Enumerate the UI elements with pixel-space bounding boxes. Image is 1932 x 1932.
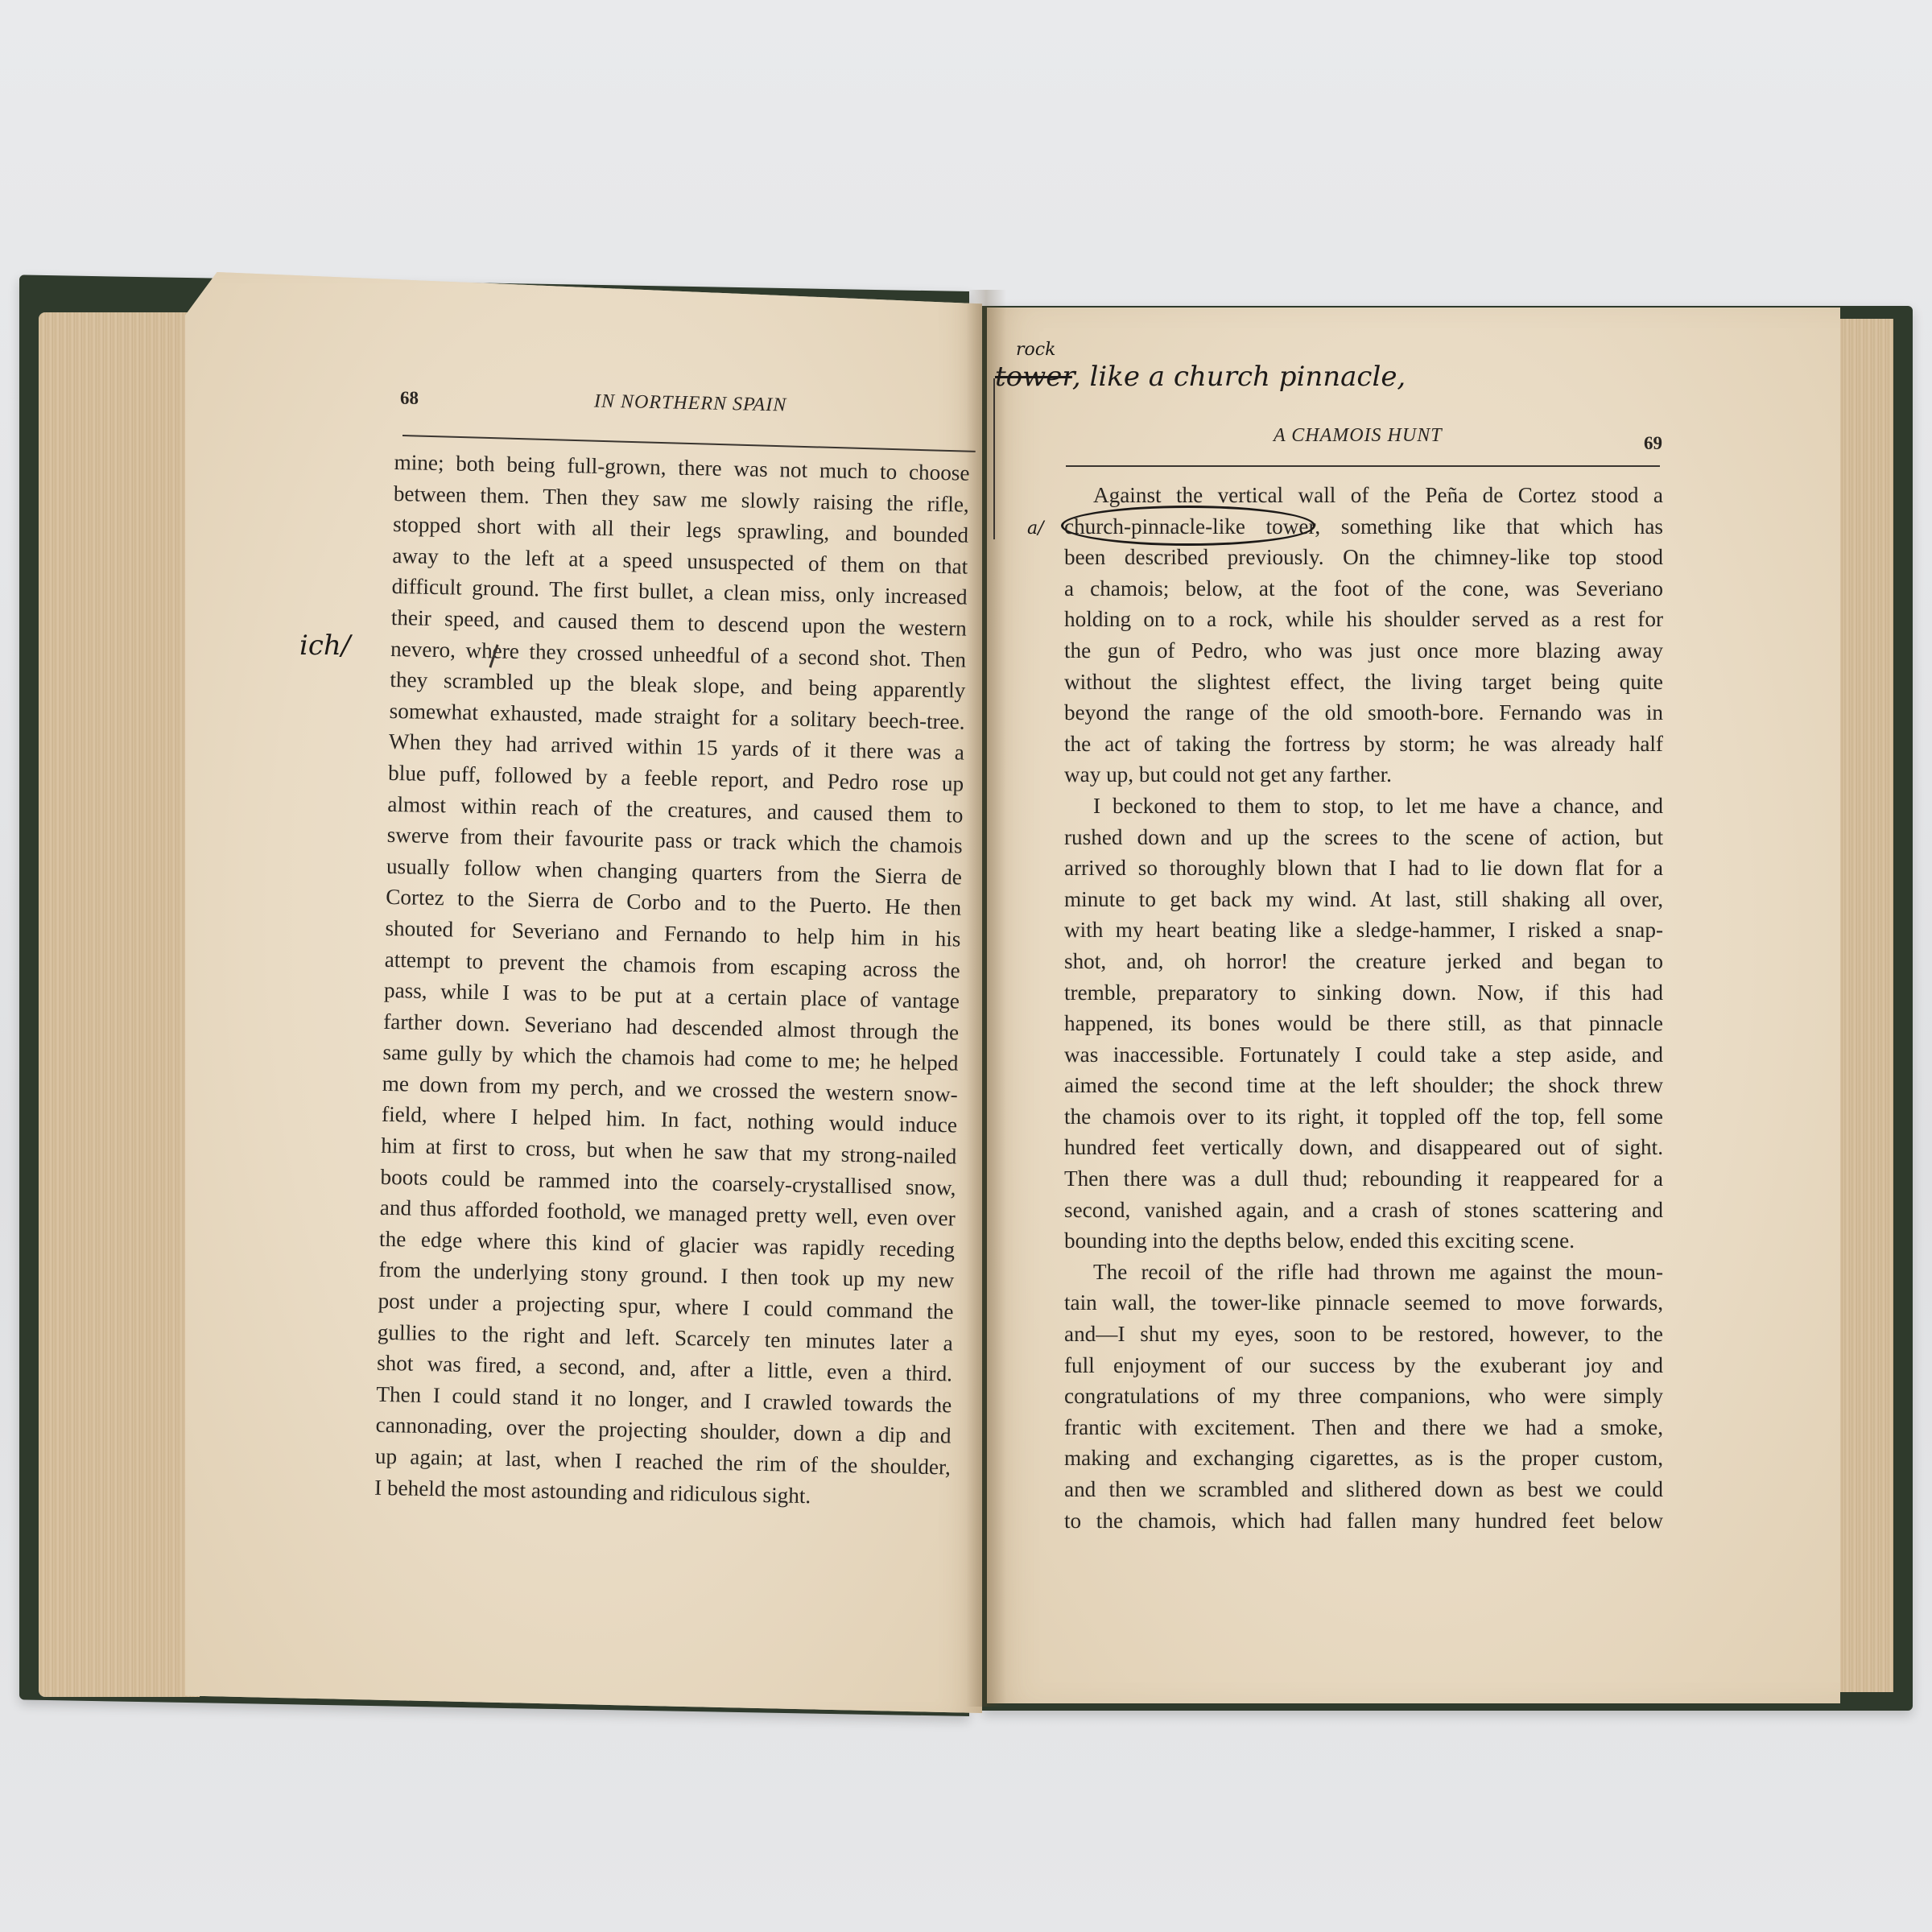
right-body-text: Against the vertical wall of the Peña de…	[1064, 480, 1663, 1536]
text-line: beyond the range of the old smooth-bore.…	[1064, 697, 1663, 729]
text-line: and then we scrambled and slithered down…	[1064, 1474, 1663, 1505]
top-handwritten-annotation: tower, like a church pinnacle,	[995, 361, 1406, 393]
left-running-head: IN NORTHERN SPAIN	[594, 390, 787, 416]
text-line: been described previously. On the chimne…	[1064, 542, 1663, 573]
text-line: making and exchanging cigarettes, as is …	[1064, 1443, 1663, 1474]
left-page-number: 68	[400, 388, 419, 409]
text-line: The recoil of the rifle had thrown me ag…	[1064, 1257, 1663, 1288]
page-edges-right	[1835, 319, 1893, 1692]
annotation-text: like a church pinnacle,	[1090, 361, 1406, 393]
right-page-number: 69	[1644, 433, 1662, 454]
left-body-text: mine; both being full-grown, there was n…	[374, 447, 970, 1514]
text-line: to the chamois, which had fallen many hu…	[1064, 1505, 1663, 1537]
text-line: bounding into the depths below, ended th…	[1064, 1225, 1663, 1257]
text-line: hundred feet vertically down, and disapp…	[1064, 1132, 1663, 1163]
margin-annotation-left: ich/	[299, 630, 350, 662]
text-line: way up, but could not get any farther.	[1064, 759, 1663, 791]
text-line: was inaccessible. Fortunately I could ta…	[1064, 1039, 1663, 1071]
text-line: and—I shut my eyes, soon to be restored,…	[1064, 1319, 1663, 1350]
circled-phrase-annotation	[1061, 506, 1315, 546]
text-line: rushed down and up the screes to the sce…	[1064, 822, 1663, 853]
text-line: aimed the second time at the left should…	[1064, 1070, 1663, 1101]
text-line: without the slightest effect, the living…	[1064, 667, 1663, 698]
gutter-shadow	[966, 290, 1006, 1707]
struck-word: tower	[995, 361, 1072, 393]
margin-vertical-line	[993, 378, 995, 539]
text-line: frantic with excitement. Then and there …	[1064, 1412, 1663, 1443]
text-line: tain wall, the tower-like pinnacle seeme…	[1064, 1287, 1663, 1319]
text-line: arrived so thoroughly blown that I had t…	[1064, 852, 1663, 884]
text-line: second, vanished again, and a crash of s…	[1064, 1195, 1663, 1226]
right-running-head: A CHAMOIS HUNT	[1274, 425, 1443, 447]
text-line: the act of taking the fortress by storm;…	[1064, 729, 1663, 760]
text-line: shot, and, oh horror! the creature jerke…	[1064, 946, 1663, 977]
text-line: Then there was a dull thud; rebounding i…	[1064, 1163, 1663, 1195]
text-line: I beckoned to them to stop, to let me ha…	[1064, 791, 1663, 822]
margin-mark-right: a/	[1027, 518, 1044, 539]
right-header-rule	[1066, 465, 1660, 467]
text-line: with my heart beating like a sledge-hamm…	[1064, 914, 1663, 946]
text-line: happened, its bones would be there still…	[1064, 1008, 1663, 1039]
text-line: the chamois over to its right, it topple…	[1064, 1101, 1663, 1133]
text-line: a chamois; below, at the foot of the con…	[1064, 573, 1663, 605]
inserted-word: rock	[1016, 340, 1055, 360]
text-line: minute to get back my wind. At last, sti…	[1064, 884, 1663, 915]
text-line: tremble, preparatory to sinking down. No…	[1064, 977, 1663, 1009]
text-line: congratulations of my three companions, …	[1064, 1381, 1663, 1412]
text-line: full enjoyment of our success by the exu…	[1064, 1350, 1663, 1381]
text-line: the gun of Pedro, who was just once more…	[1064, 635, 1663, 667]
text-line: holding on to a rock, while his shoulder…	[1064, 604, 1663, 635]
page-edges-left	[39, 312, 200, 1697]
